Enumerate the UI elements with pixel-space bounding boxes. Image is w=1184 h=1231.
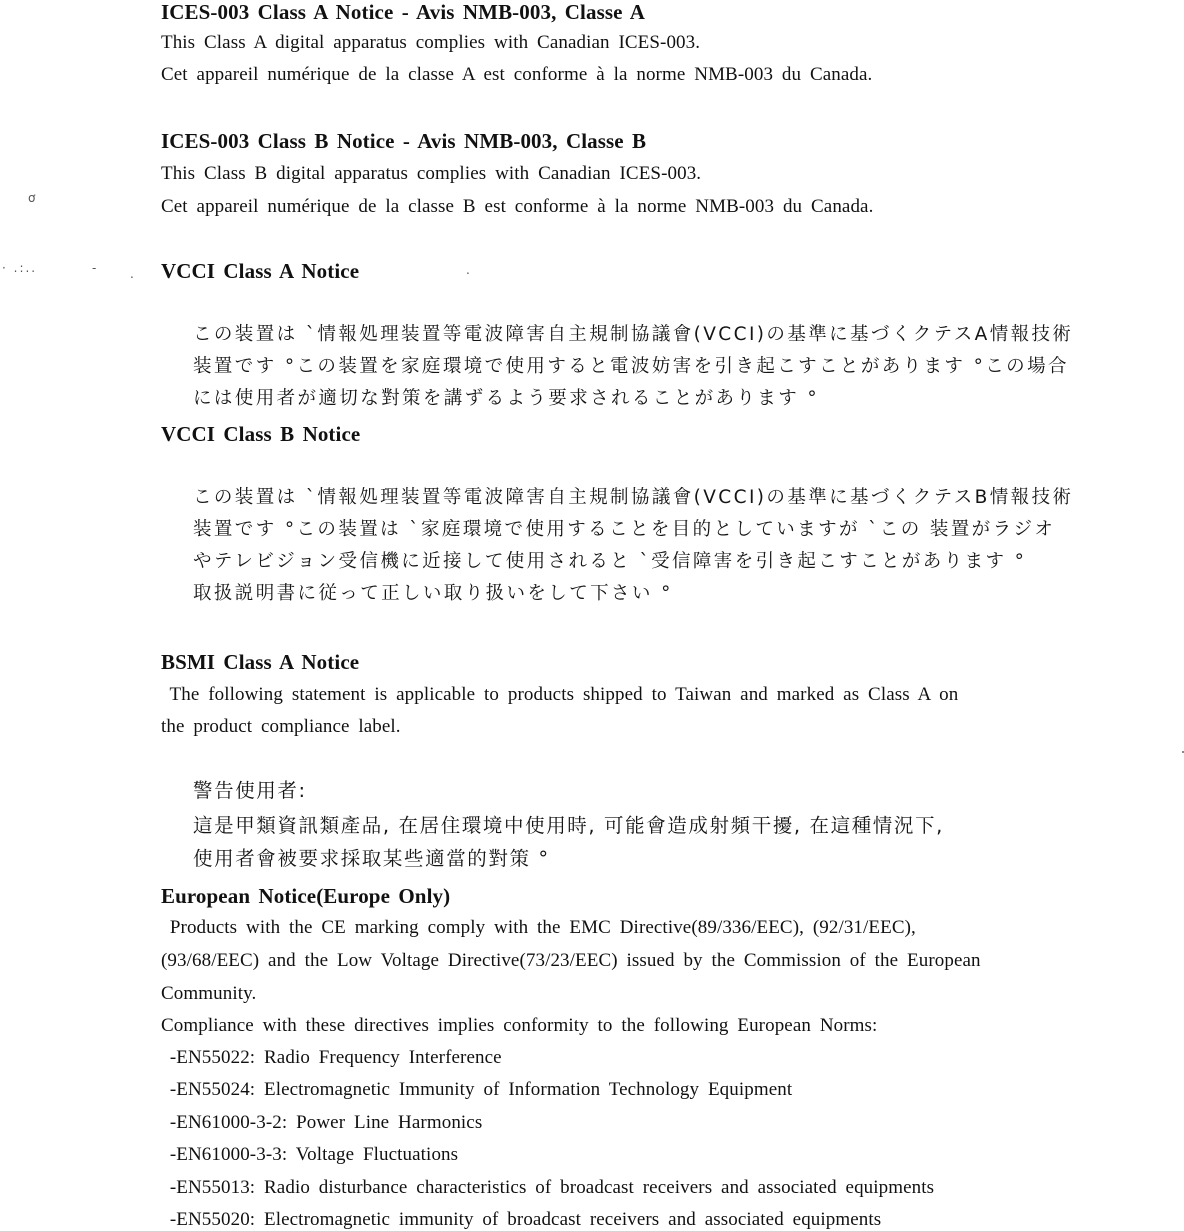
scan-artifact: - xyxy=(92,262,96,274)
paragraph-line: Compliance with these directives implies… xyxy=(161,1014,877,1038)
paragraph-line: 警告使用者: xyxy=(193,779,307,803)
section-heading: VCCI Class A Notice xyxy=(161,259,359,283)
section-heading: VCCI Class B Notice xyxy=(161,422,360,446)
paragraph-line: the product compliance label. xyxy=(161,715,401,739)
paragraph-line: この装置は `情報処理装置等電波障害自主規制協議會(VCCI)の基準に基づくクテ… xyxy=(193,323,1073,347)
paragraph-line: 取扱説明書に従って正しい取り扱いをして下さい ° xyxy=(193,582,673,606)
paragraph-line: 這是甲類資訊類產品, 在居住環境中使用時, 可能會造成射頻干擾, 在這種情況下, xyxy=(193,814,944,838)
paragraph-line: (93/68/EEC) and the Low Voltage Directiv… xyxy=(161,949,981,973)
paragraph-line: The following statement is applicable to… xyxy=(161,683,958,707)
paragraph-line: この装置は `情報処理装置等電波障害自主規制協議會(VCCI)の基準に基づくクテ… xyxy=(193,486,1073,510)
paragraph-line: 装置です °この装置は `家庭環境で使用することを目的としていますが `この 装… xyxy=(193,518,1055,542)
norm-list-item: -EN61000-3-3: Voltage Fluctuations xyxy=(161,1143,458,1167)
scan-artifact: · .:.. xyxy=(2,262,37,274)
paragraph-line: This Class B digital apparatus complies … xyxy=(161,162,701,186)
paragraph-line: Products with the CE marking comply with… xyxy=(161,916,916,940)
document-page: ơ · .:.. - . . ICES-003 Class A Notice -… xyxy=(0,0,1184,1231)
section-heading: European Notice(Europe Only) xyxy=(161,884,450,908)
norm-list-item: -EN55022: Radio Frequency Interference xyxy=(161,1046,502,1070)
paragraph-line: Community. xyxy=(161,982,256,1006)
paragraph-line: には使用者が適切な對策を講ずるよう要求されることがあります ° xyxy=(193,387,819,411)
paragraph-line: This Class A digital apparatus complies … xyxy=(161,31,700,55)
norm-list-item: -EN61000-3-2: Power Line Harmonics xyxy=(161,1111,482,1135)
paragraph-line: やテレビジョン受信機に近接して使用されると `受信障害を引き起こすことがあります… xyxy=(193,550,1026,574)
norm-list-item: -EN55020: Electromagnetic immunity of br… xyxy=(161,1208,881,1231)
norm-list-item: -EN55013: Radio disturbance characterist… xyxy=(161,1176,934,1200)
paragraph-line: 装置です °この装置を家庭環境で使用すると電波妨害を引き起こすことがあります °… xyxy=(193,355,1069,379)
section-heading: BSMI Class A Notice xyxy=(161,650,359,674)
section-heading: ICES-003 Class B Notice - Avis NMB-003, … xyxy=(161,129,646,153)
paragraph-line: Cet appareil numérique de la classe B es… xyxy=(161,195,873,219)
scan-artifact: . xyxy=(130,268,134,280)
section-heading: ICES-003 Class A Notice - Avis NMB-003, … xyxy=(161,0,645,24)
paragraph-line: 使用者會被要求採取某些適當的對策 ° xyxy=(193,847,550,871)
paragraph-line: Cet appareil numérique de la classe A es… xyxy=(161,63,872,87)
norm-list-item: -EN55024: Electromagnetic Immunity of In… xyxy=(161,1078,792,1102)
scan-artifact: ơ xyxy=(28,192,35,204)
scan-artifact: . xyxy=(466,264,470,276)
